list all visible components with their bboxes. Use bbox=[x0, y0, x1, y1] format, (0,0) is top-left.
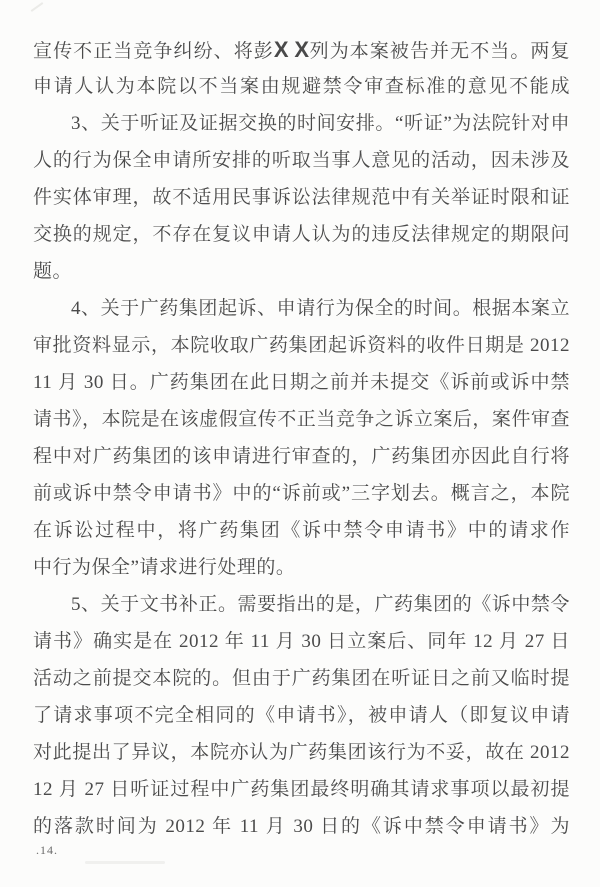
text-line: 11 月 30 日。广药集团在此日期之前并未提交《诉前或诉中禁令申 bbox=[33, 364, 570, 401]
document-text: 宣传不正当竞争纠纷、将彭X X列为本案被告并无不当。两复议申请人认为本院以不当案… bbox=[33, 31, 570, 845]
text-line: 人的行为保全申请所安排的听取当事人意见的活动，因未涉及案 bbox=[33, 142, 570, 179]
text-line: 件实体审理，故不适用民事诉讼法律规范中有关举证时限和证据 bbox=[33, 179, 570, 216]
text-line: 前或诉中禁令申请书》中的“诉前或”三字划去。概言之，本院是 bbox=[33, 475, 570, 512]
text-line: 中行为保全”请求进行处理的。 bbox=[33, 549, 570, 586]
text-line: 的落款时间为 2012 年 11 月 30 日的《诉中禁令申请书》为准。本 bbox=[33, 808, 570, 845]
text-line: 请书》，本院是在该虚假宣传不正当竞争之诉立案后，案件审查过 bbox=[33, 401, 570, 438]
text-line: 请书》确实是在 2012 年 11 月 30 日立案后、同年 12 月 27 日… bbox=[33, 623, 570, 660]
redaction-x: X bbox=[294, 37, 309, 62]
text-line: 5、关于文书补正。需要指出的是，广药集团的《诉中禁令申 bbox=[33, 586, 570, 623]
paragraph: 3、关于听证及证据交换的时间安排。“听证”为法院针对申请人的行为保全申请所安排的… bbox=[33, 105, 570, 290]
text-line: 交换的规定，不存在复议申请人认为的违反法律规定的期限问 bbox=[33, 216, 570, 253]
scan-artifact bbox=[31, 2, 44, 12]
text-line: 对此提出了异议，本院亦认为广药集团该行为不妥，故在 2012 年 bbox=[33, 734, 570, 771]
text-line: 12 月 27 日听证过程中广药集团最终明确其请求事项以最初提交 bbox=[33, 771, 570, 808]
text-line: 宣传不正当竞争纠纷、将彭X X列为本案被告并无不当。两复议 bbox=[33, 31, 570, 68]
text-line: 程中对广药集团的该申请进行审查的，广药集团亦因此自行将《诉 bbox=[33, 438, 570, 475]
text-line: 4、关于广药集团起诉、申请行为保全的时间。根据本案立案 bbox=[33, 290, 570, 327]
text-line: 题。 bbox=[33, 253, 570, 290]
text-line: 申请人认为本院以不当案由规避禁令审查标准的意见不能成立。 bbox=[33, 68, 570, 105]
text-line: 活动之前提交本院的。但由于广药集团在听证日之前又临时提交 bbox=[33, 660, 570, 697]
text-line: 3、关于听证及证据交换的时间安排。“听证”为法院针对申请 bbox=[33, 105, 570, 142]
page-number: .14. bbox=[36, 843, 58, 858]
text-line: 审批资料显示，本院收取广药集团起诉资料的收件日期是 2012 年 bbox=[33, 327, 570, 364]
paragraph: 5、关于文书补正。需要指出的是，广药集团的《诉中禁令申请书》确实是在 2012 … bbox=[33, 586, 570, 845]
redaction-x: X bbox=[274, 37, 289, 62]
document-page: 宣传不正当竞争纠纷、将彭X X列为本案被告并无不当。两复议申请人认为本院以不当案… bbox=[0, 0, 600, 887]
paragraph: 宣传不正当竞争纠纷、将彭X X列为本案被告并无不当。两复议申请人认为本院以不当案… bbox=[33, 31, 570, 105]
text-line: 了请求事项不完全相同的《申请书》，被申请人（即复议申请人） bbox=[33, 697, 570, 734]
scan-artifact bbox=[85, 861, 165, 864]
text-line: 在诉讼过程中，将广药集团《诉中禁令申请书》中的请求作为“诉 bbox=[33, 512, 570, 549]
paragraph: 4、关于广药集团起诉、申请行为保全的时间。根据本案立案审批资料显示，本院收取广药… bbox=[33, 290, 570, 586]
